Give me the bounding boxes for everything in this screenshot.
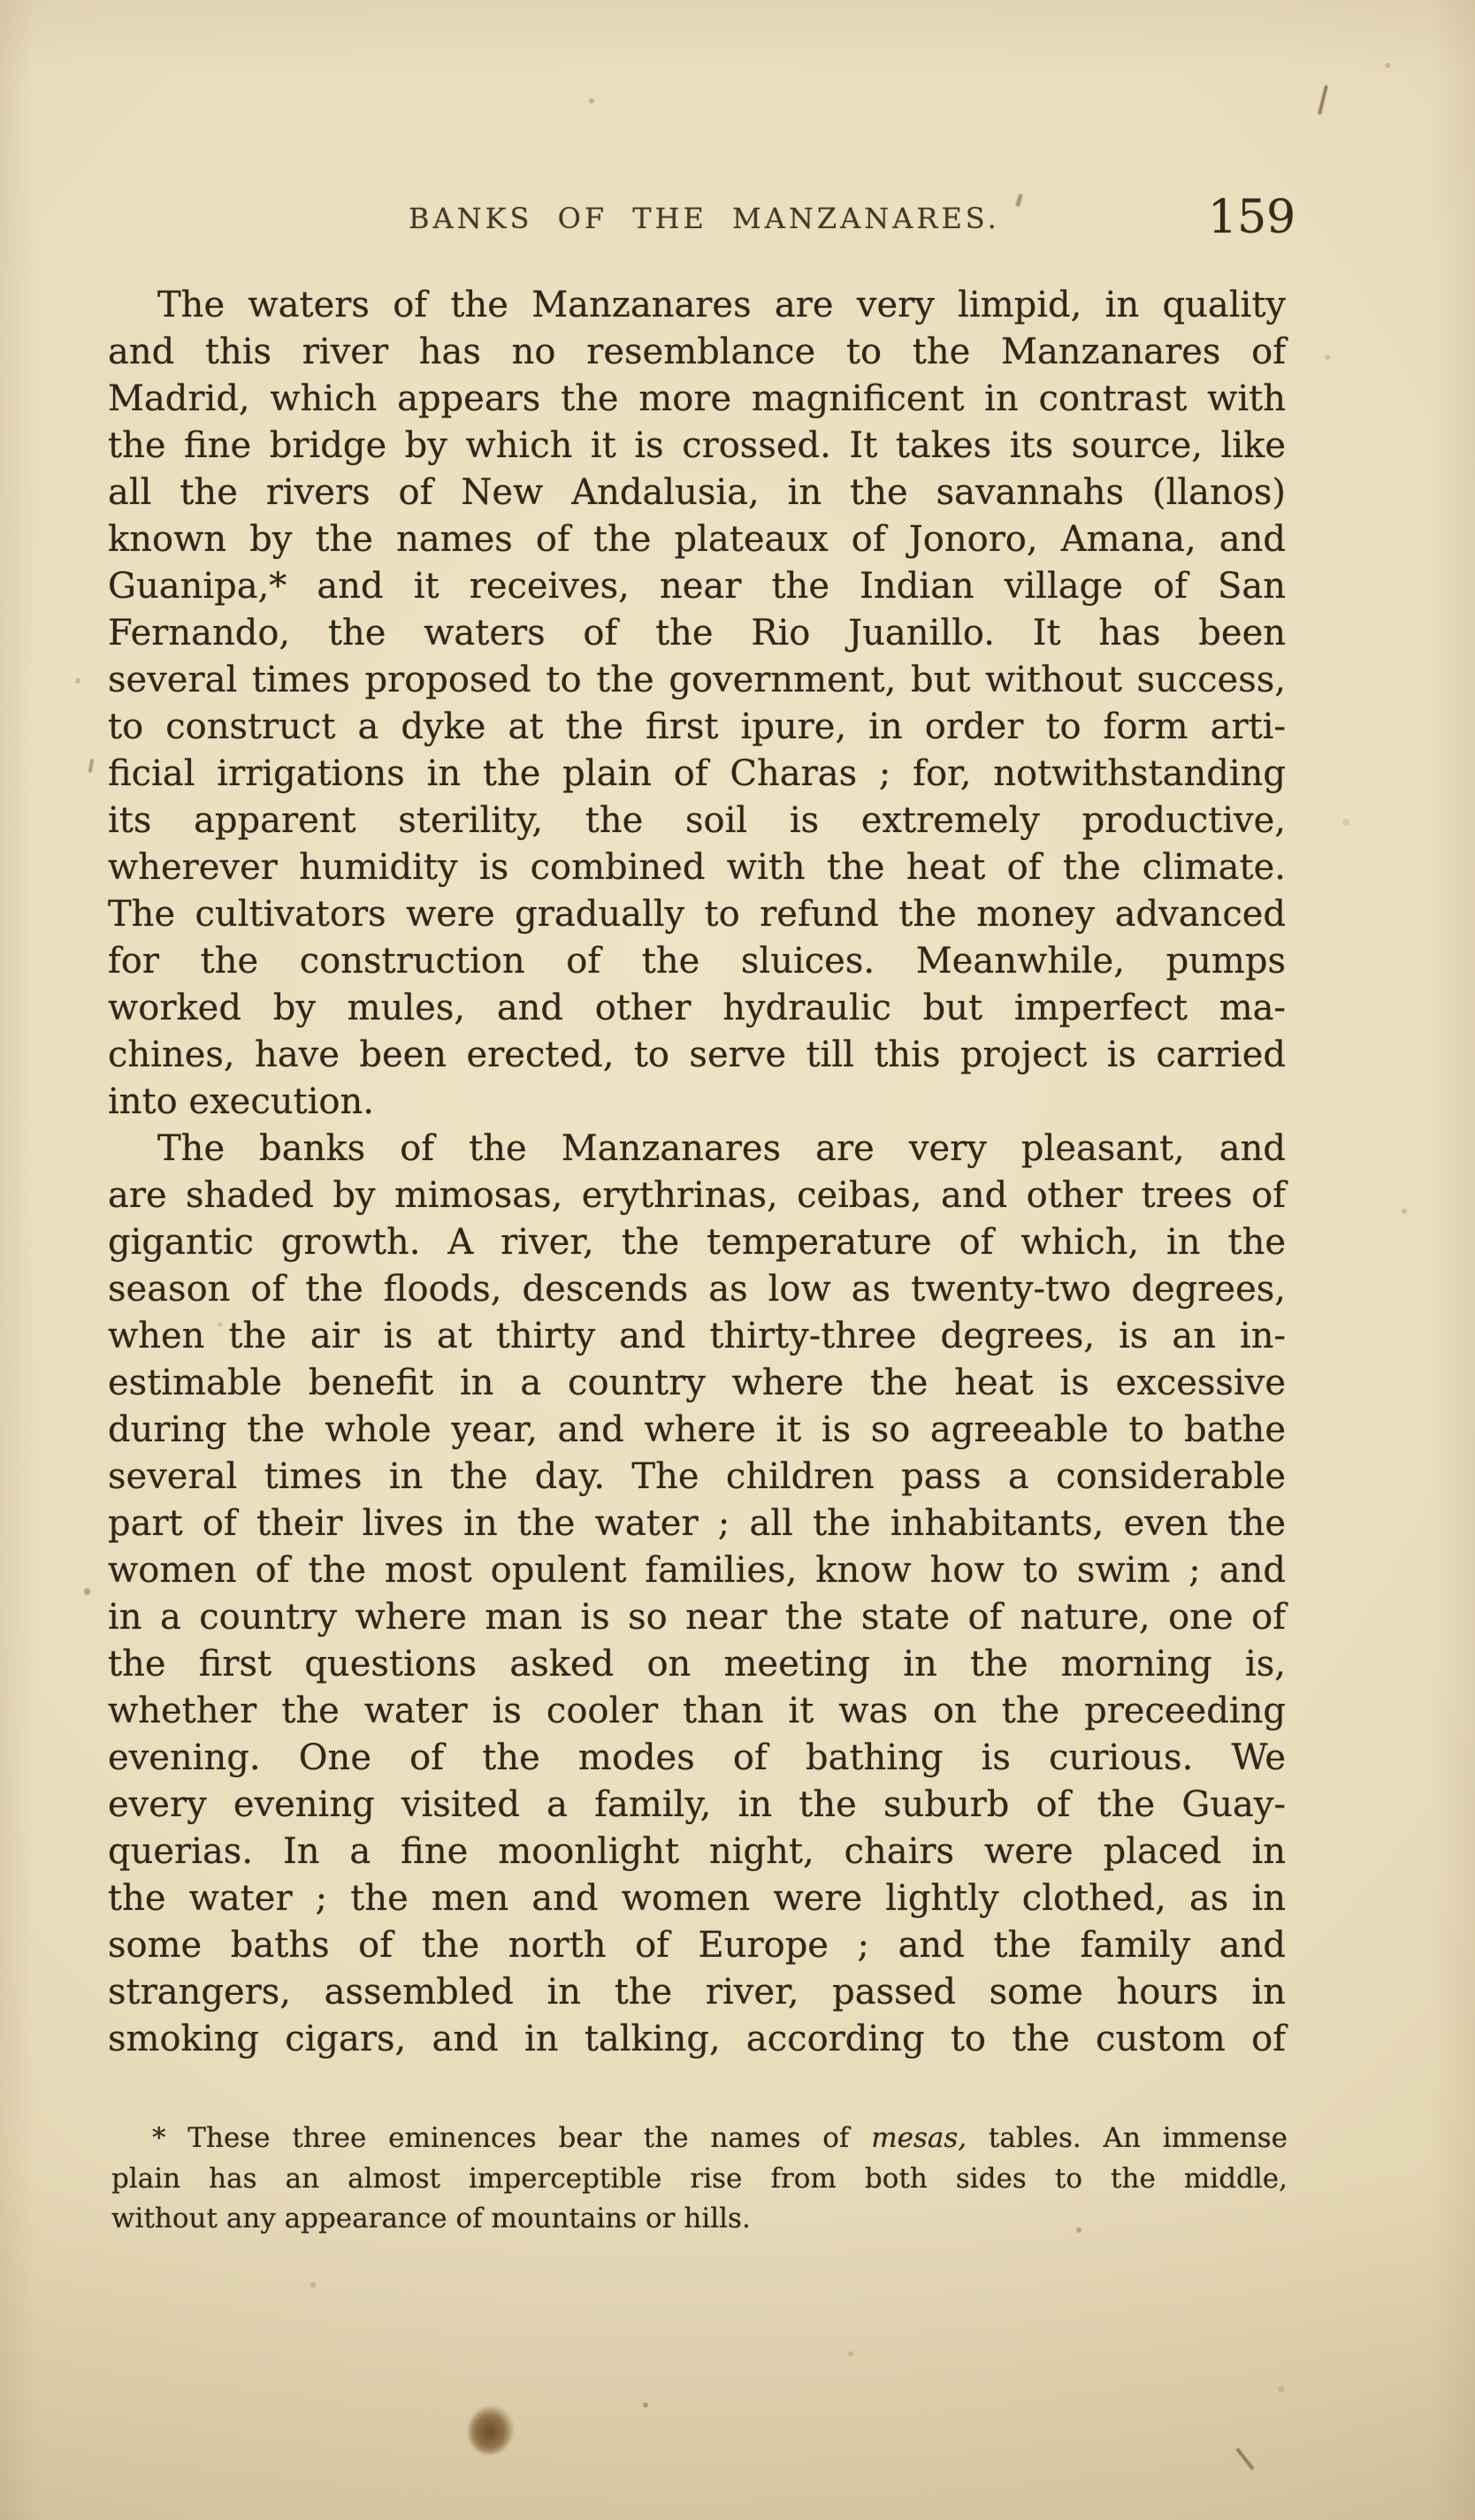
text-line: The cultivators were gradually to refund… bbox=[108, 891, 1286, 938]
text-line: plain has an almost imperceptible rise f… bbox=[111, 2159, 1288, 2200]
body-text: The waters of the Manzanares are very li… bbox=[108, 282, 1286, 2063]
text-line: chines, have been erected, to serve till… bbox=[108, 1032, 1286, 1079]
text-line: strangers, assembled in the river, passe… bbox=[108, 1969, 1286, 2016]
text-line: gigantic growth. A river, the temperatur… bbox=[108, 1219, 1286, 1266]
text-line: several times proposed to the government… bbox=[108, 657, 1286, 704]
text-line: evening. One of the modes of bathing is … bbox=[108, 1735, 1286, 1782]
text-line: The waters of the Manzanares are very li… bbox=[108, 282, 1286, 329]
text-line: wherever humidity is combined with the h… bbox=[108, 844, 1286, 891]
stray-ink-tick-mark bbox=[1015, 194, 1023, 208]
scanned-book-page: BANKS OF THE MANZANARES. 159 The waters … bbox=[0, 0, 1475, 2520]
text-line: estimable benefit in a country where the… bbox=[108, 1360, 1286, 1407]
text-line: when the air is at thirty and thirty-thr… bbox=[108, 1313, 1286, 1360]
running-title: BANKS OF THE MANZANARES. bbox=[409, 204, 1000, 233]
text-line: every evening visited a family, in the s… bbox=[108, 1782, 1286, 1829]
page-number: 159 bbox=[1208, 195, 1295, 241]
text-line: the first questions asked on meeting in … bbox=[108, 1641, 1286, 1688]
text-line: the water ; the men and women were light… bbox=[108, 1875, 1286, 1922]
text-line: to construct a dyke at the first ipure, … bbox=[108, 704, 1286, 751]
ink-smudge bbox=[466, 2405, 515, 2457]
text-line: Fernando, the waters of the Rio Juanillo… bbox=[108, 610, 1286, 657]
text-line: the fine bridge by which it is crossed. … bbox=[108, 423, 1286, 470]
text-line: querias. In a fine moonlight night, chai… bbox=[108, 1829, 1286, 1875]
text-line: some baths of the north of Europe ; and … bbox=[108, 1922, 1286, 1969]
text-line: several times in the day. The children p… bbox=[108, 1454, 1286, 1501]
text-line: * These three eminences bear the names o… bbox=[111, 2119, 1288, 2159]
text-line: in a country where man is so near the st… bbox=[108, 1594, 1286, 1641]
left-margin-tick-mark bbox=[88, 759, 95, 773]
text-line: known by the names of the plateaux of Jo… bbox=[108, 516, 1286, 563]
text-line: season of the floods, descends as low as… bbox=[108, 1266, 1286, 1313]
text-line: its apparent sterility, the soil is extr… bbox=[108, 798, 1286, 844]
text-line: Guanipa,* and it receives, near the Indi… bbox=[108, 563, 1286, 610]
text-line: are shaded by mimosas, erythrinas, ceiba… bbox=[108, 1172, 1286, 1219]
text-line: for the construction of the sluices. Mea… bbox=[108, 938, 1286, 985]
text-line: smoking cigars, and in talking, accordin… bbox=[108, 2016, 1286, 2063]
text-line: into execution. bbox=[108, 1079, 1286, 1126]
text-line: without any appearance of mountains or h… bbox=[111, 2199, 1288, 2240]
paper-specks bbox=[0, 0, 4, 4]
text-line: during the whole year, and where it is s… bbox=[108, 1407, 1286, 1454]
text-line: The banks of the Manzanares are very ple… bbox=[108, 1126, 1286, 1172]
text-line: all the rivers of New Andalusia, in the … bbox=[108, 470, 1286, 516]
left-margin-dot-mark bbox=[84, 1588, 90, 1595]
text-line: and this river has no resemblance to the… bbox=[108, 329, 1286, 376]
stray-ink-backslash-mark bbox=[1235, 2447, 1255, 2470]
stray-ink-slash-mark bbox=[1318, 85, 1328, 115]
text-line: women of the most opulent families, know… bbox=[108, 1547, 1286, 1594]
text-line: whether the water is cooler than it was … bbox=[108, 1688, 1286, 1735]
text-line: ficial irrigations in the plain of Chara… bbox=[108, 751, 1286, 798]
footnote: * These three eminences bear the names o… bbox=[111, 2119, 1288, 2240]
text-line: part of their lives in the water ; all t… bbox=[108, 1501, 1286, 1547]
text-line: Madrid, which appears the more magnifice… bbox=[108, 376, 1286, 423]
text-line: worked by mules, and other hydraulic but… bbox=[108, 985, 1286, 1032]
